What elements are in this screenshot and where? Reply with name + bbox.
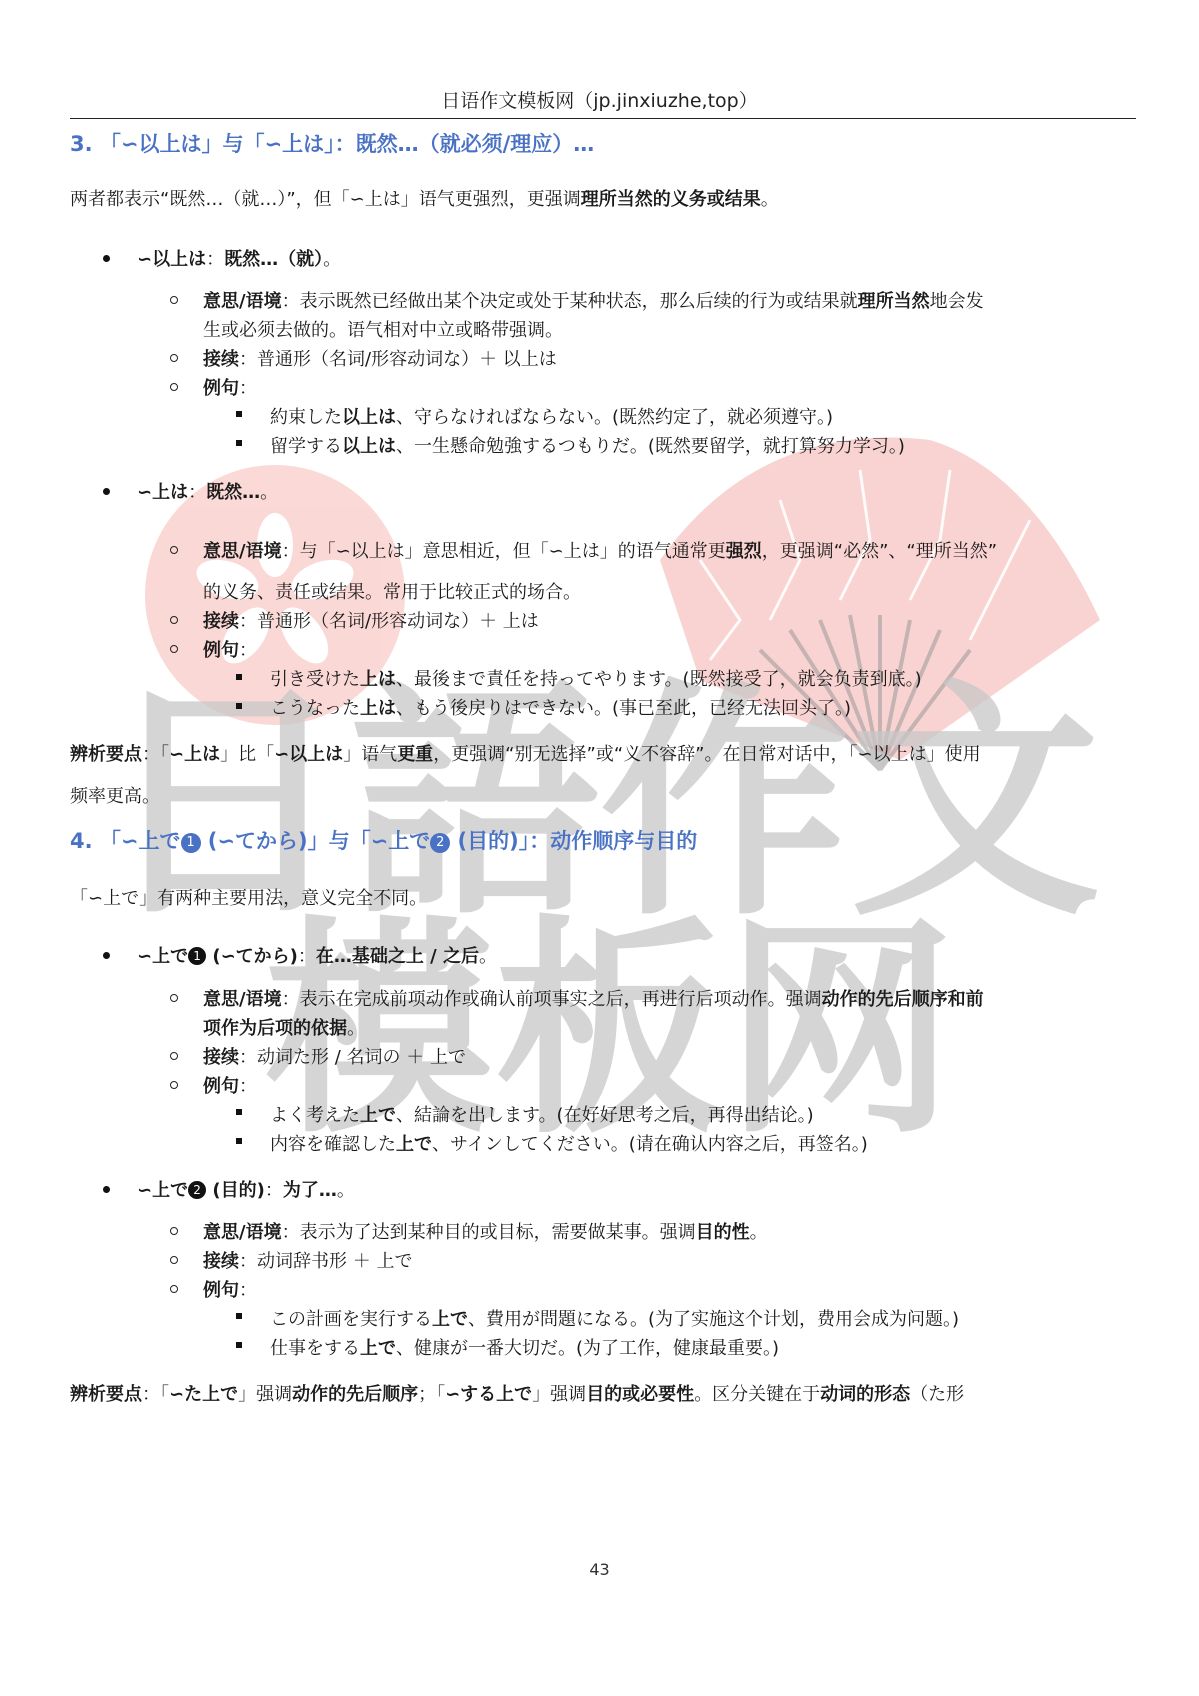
bullet-circle-icon — [170, 1052, 178, 1060]
examples-label: 例句： — [203, 1276, 257, 1302]
circled-number-1-icon: 1 — [188, 947, 206, 965]
bullet-square-icon — [236, 703, 242, 709]
page-number: 43 — [0, 1560, 1199, 1579]
bullet-circle-icon — [170, 383, 178, 391]
section-4-heading: 4. 「∽上で1 (∽てから)」与「∽上で2 (目的)」：动作顺序与目的 — [70, 825, 697, 855]
circled-number-1-icon: 1 — [181, 833, 201, 853]
examples-label: 例句： — [203, 374, 257, 400]
bullet-circle-icon — [170, 645, 178, 653]
circled-number-2-icon: 2 — [188, 1181, 206, 1199]
example-sentence: こうなった上は、もう後戻りはできない。(事已至此，已经无法回头了。) — [270, 694, 851, 720]
bullet-dot-icon — [103, 1186, 110, 1193]
connection-line: 接续：普通形（名词/形容动词な）＋ 上は — [203, 607, 539, 633]
bullet-circle-icon — [170, 1256, 178, 1264]
bullet-circle-icon — [170, 1081, 178, 1089]
bullet-square-icon — [236, 1138, 242, 1144]
example-sentence: 内容を確認した上で、サインしてください。(请在确认内容之后，再签名。) — [270, 1130, 868, 1156]
item-title-uewa: ∽上は：既然…。 — [137, 478, 278, 504]
bullet-dot-icon — [103, 488, 110, 495]
meaning-line-2: 生或必须去做的。语气相对中立或略带强调。 — [203, 316, 563, 342]
example-sentence: この計画を実行する上で、費用が問題になる。(为了实施这个计划，费用会成为问题。) — [270, 1305, 959, 1331]
bullet-square-icon — [236, 674, 242, 680]
analysis-point-line-2: 频率更高。 — [70, 782, 160, 808]
page-header-title: 日语作文模板网（jp.jinxiuzhe,top） — [0, 86, 1199, 113]
bullet-circle-icon — [170, 546, 178, 554]
section-3-intro: 两者都表示“既然…（就…）”，但「∽上は」语气更强烈，更强调理所当然的义务或结果… — [70, 185, 779, 211]
bullet-square-icon — [236, 1342, 242, 1348]
meaning-line: 意思/语境：表示既然已经做出某个决定或处于某种状态，那么后续的行为或结果就理所当… — [203, 287, 984, 313]
bullet-circle-icon — [170, 616, 178, 624]
bullet-dot-icon — [103, 255, 110, 262]
connection-line: 接续：动词辞书形 ＋ 上で — [203, 1247, 412, 1273]
section-4-intro: 「∽上で」有两种主要用法，意义完全不同。 — [70, 884, 427, 910]
examples-label: 例句： — [203, 636, 257, 662]
analysis-point: 辨析要点：「∽た上で」强调动作的先后顺序；「∽する上で」强调目的或必要性。区分关… — [70, 1380, 964, 1406]
bullet-square-icon — [236, 1109, 242, 1115]
bullet-square-icon — [236, 440, 242, 446]
connection-line: 接续：动词た形 / 名词の ＋ 上で — [203, 1043, 466, 1069]
document-page: 日语作文模板网（jp.jinxiuzhe,top） 3. 「∽以上は」与「∽上は… — [0, 0, 1199, 1696]
example-sentence: 仕事をする上で、健康が一番大切だ。(为了工作，健康最重要。) — [270, 1334, 779, 1360]
item-title-uede-2: ∽上で2 (目的)：为了…。 — [137, 1176, 355, 1202]
bullet-circle-icon — [170, 994, 178, 1002]
bullet-dot-icon — [103, 952, 110, 959]
example-sentence: よく考えた上で、結論を出します。(在好好思考之后，再得出结论。) — [270, 1101, 814, 1127]
section-3-heading: 3. 「∽以上は」与「∽上は」：既然…（就必须/理应）… — [70, 128, 594, 158]
example-sentence: 約束した以上は、守らなければならない。(既然约定了，就必须遵守。) — [270, 403, 833, 429]
meaning-line: 意思/语境：表示为了达到某种目的或目标，需要做某事。强调目的性。 — [203, 1218, 768, 1244]
meaning-line-2: 的义务、责任或结果。常用于比较正式的场合。 — [203, 578, 581, 604]
item-title-uede-1: ∽上で1 (∽てから)：在…基础之上 / 之后。 — [137, 942, 497, 968]
bullet-circle-icon — [170, 1227, 178, 1235]
bullet-circle-icon — [170, 296, 178, 304]
example-sentence: 留学する以上は、一生懸命勉強するつもりだ。(既然要留学，就打算努力学习。) — [270, 432, 905, 458]
meaning-line: 意思/语境：表示在完成前项动作或确认前项事实之后，再进行后项动作。强调动作的先后… — [203, 985, 984, 1011]
example-sentence: 引き受けた上は、最後まで責任を持ってやります。(既然接受了，就会负责到底。) — [270, 665, 922, 691]
meaning-line-2: 项作为后项的依据。 — [203, 1014, 365, 1040]
bullet-circle-icon — [170, 354, 178, 362]
bullet-square-icon — [236, 411, 242, 417]
bullet-square-icon — [236, 1313, 242, 1319]
meaning-line: 意思/语境：与「∽以上は」意思相近，但「∽上は」的语气通常更强烈，更强调“必然”… — [203, 537, 997, 563]
examples-label: 例句： — [203, 1072, 257, 1098]
analysis-point: 辨析要点：「∽上は」比「∽以上は」语气更重，更强调“别无选择”或“义不容辞”。在… — [70, 740, 981, 766]
circled-number-2-icon: 2 — [430, 833, 450, 853]
item-title-ijouwa: ∽以上は：既然…（就）。 — [137, 245, 341, 271]
connection-line: 接续：普通形（名词/形容动词な）＋ 以上は — [203, 345, 557, 371]
bullet-circle-icon — [170, 1285, 178, 1293]
header-divider — [70, 118, 1136, 119]
